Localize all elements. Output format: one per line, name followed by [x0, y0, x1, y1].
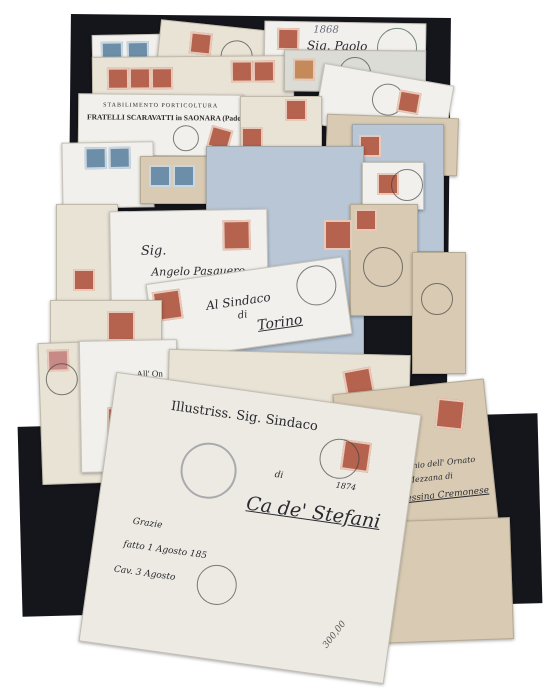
letterhead-line1: STABILIMENTO PORTICOLTURA [103, 102, 218, 109]
postmark-icon [45, 363, 78, 396]
bottom-line-3: Cav. 3 Agosto [113, 565, 176, 584]
address-line2: di [237, 309, 248, 321]
stamp-icon [73, 269, 95, 291]
postmark-icon [421, 283, 453, 315]
cover-sindaco: Illustriss. Sig. Sindaco di 1874 Ca de' … [79, 372, 422, 684]
stamp-icon [231, 60, 253, 82]
stamp-icon [107, 311, 135, 341]
stamp-icon [189, 31, 213, 55]
postmark-icon [194, 562, 239, 607]
stamp-icon [293, 58, 315, 80]
postmark-icon [173, 125, 199, 151]
stamp-icon [435, 398, 466, 431]
stamp-icon [109, 147, 131, 169]
year-note: 1868 [313, 24, 339, 35]
stamp-icon [253, 60, 275, 82]
postmark-icon [294, 263, 339, 308]
postmark-icon [391, 169, 423, 201]
stamp-icon [149, 165, 171, 187]
sindaco-place: Ca de' Stefani [245, 492, 382, 533]
stamp-icon [355, 209, 377, 231]
postmark-icon [363, 247, 403, 287]
bottom-line-2: fatto 1 Agosto 185 [123, 540, 208, 562]
cover-right-edge [412, 252, 466, 374]
sindaco-year: 1874 [335, 481, 356, 493]
address-line3: Mezzana di [406, 471, 453, 485]
cover-postmark-right [350, 204, 418, 316]
stamp-icon [277, 28, 299, 50]
address-line4: Pessina Cremonese [400, 486, 489, 505]
stamp-icon [396, 90, 421, 115]
stamp-icon [285, 99, 307, 121]
cover-letterhead-right [240, 96, 322, 150]
stamp-icon [85, 147, 107, 169]
bottom-line-1: Grazie [132, 517, 163, 531]
stamp-icon [151, 67, 173, 89]
cover-stamp-right [362, 162, 424, 210]
sindaco-di: di [274, 470, 284, 481]
stamp-icon [129, 67, 151, 89]
stamp-icon [107, 68, 129, 90]
price-note: 300,00 [321, 619, 348, 650]
stamp-icon [173, 165, 195, 187]
address-place: Torino [256, 312, 303, 334]
stamp-icon [222, 220, 251, 250]
sindaco-title: Illustriss. Sig. Sindaco [170, 399, 319, 434]
municipal-seal-icon [177, 439, 240, 502]
stamp-icon [324, 220, 352, 250]
letterhead-line2: FRATELLI SCARAVATTI in SAONARA (Padova) [87, 112, 251, 122]
address-line1: Sig. [141, 243, 167, 258]
